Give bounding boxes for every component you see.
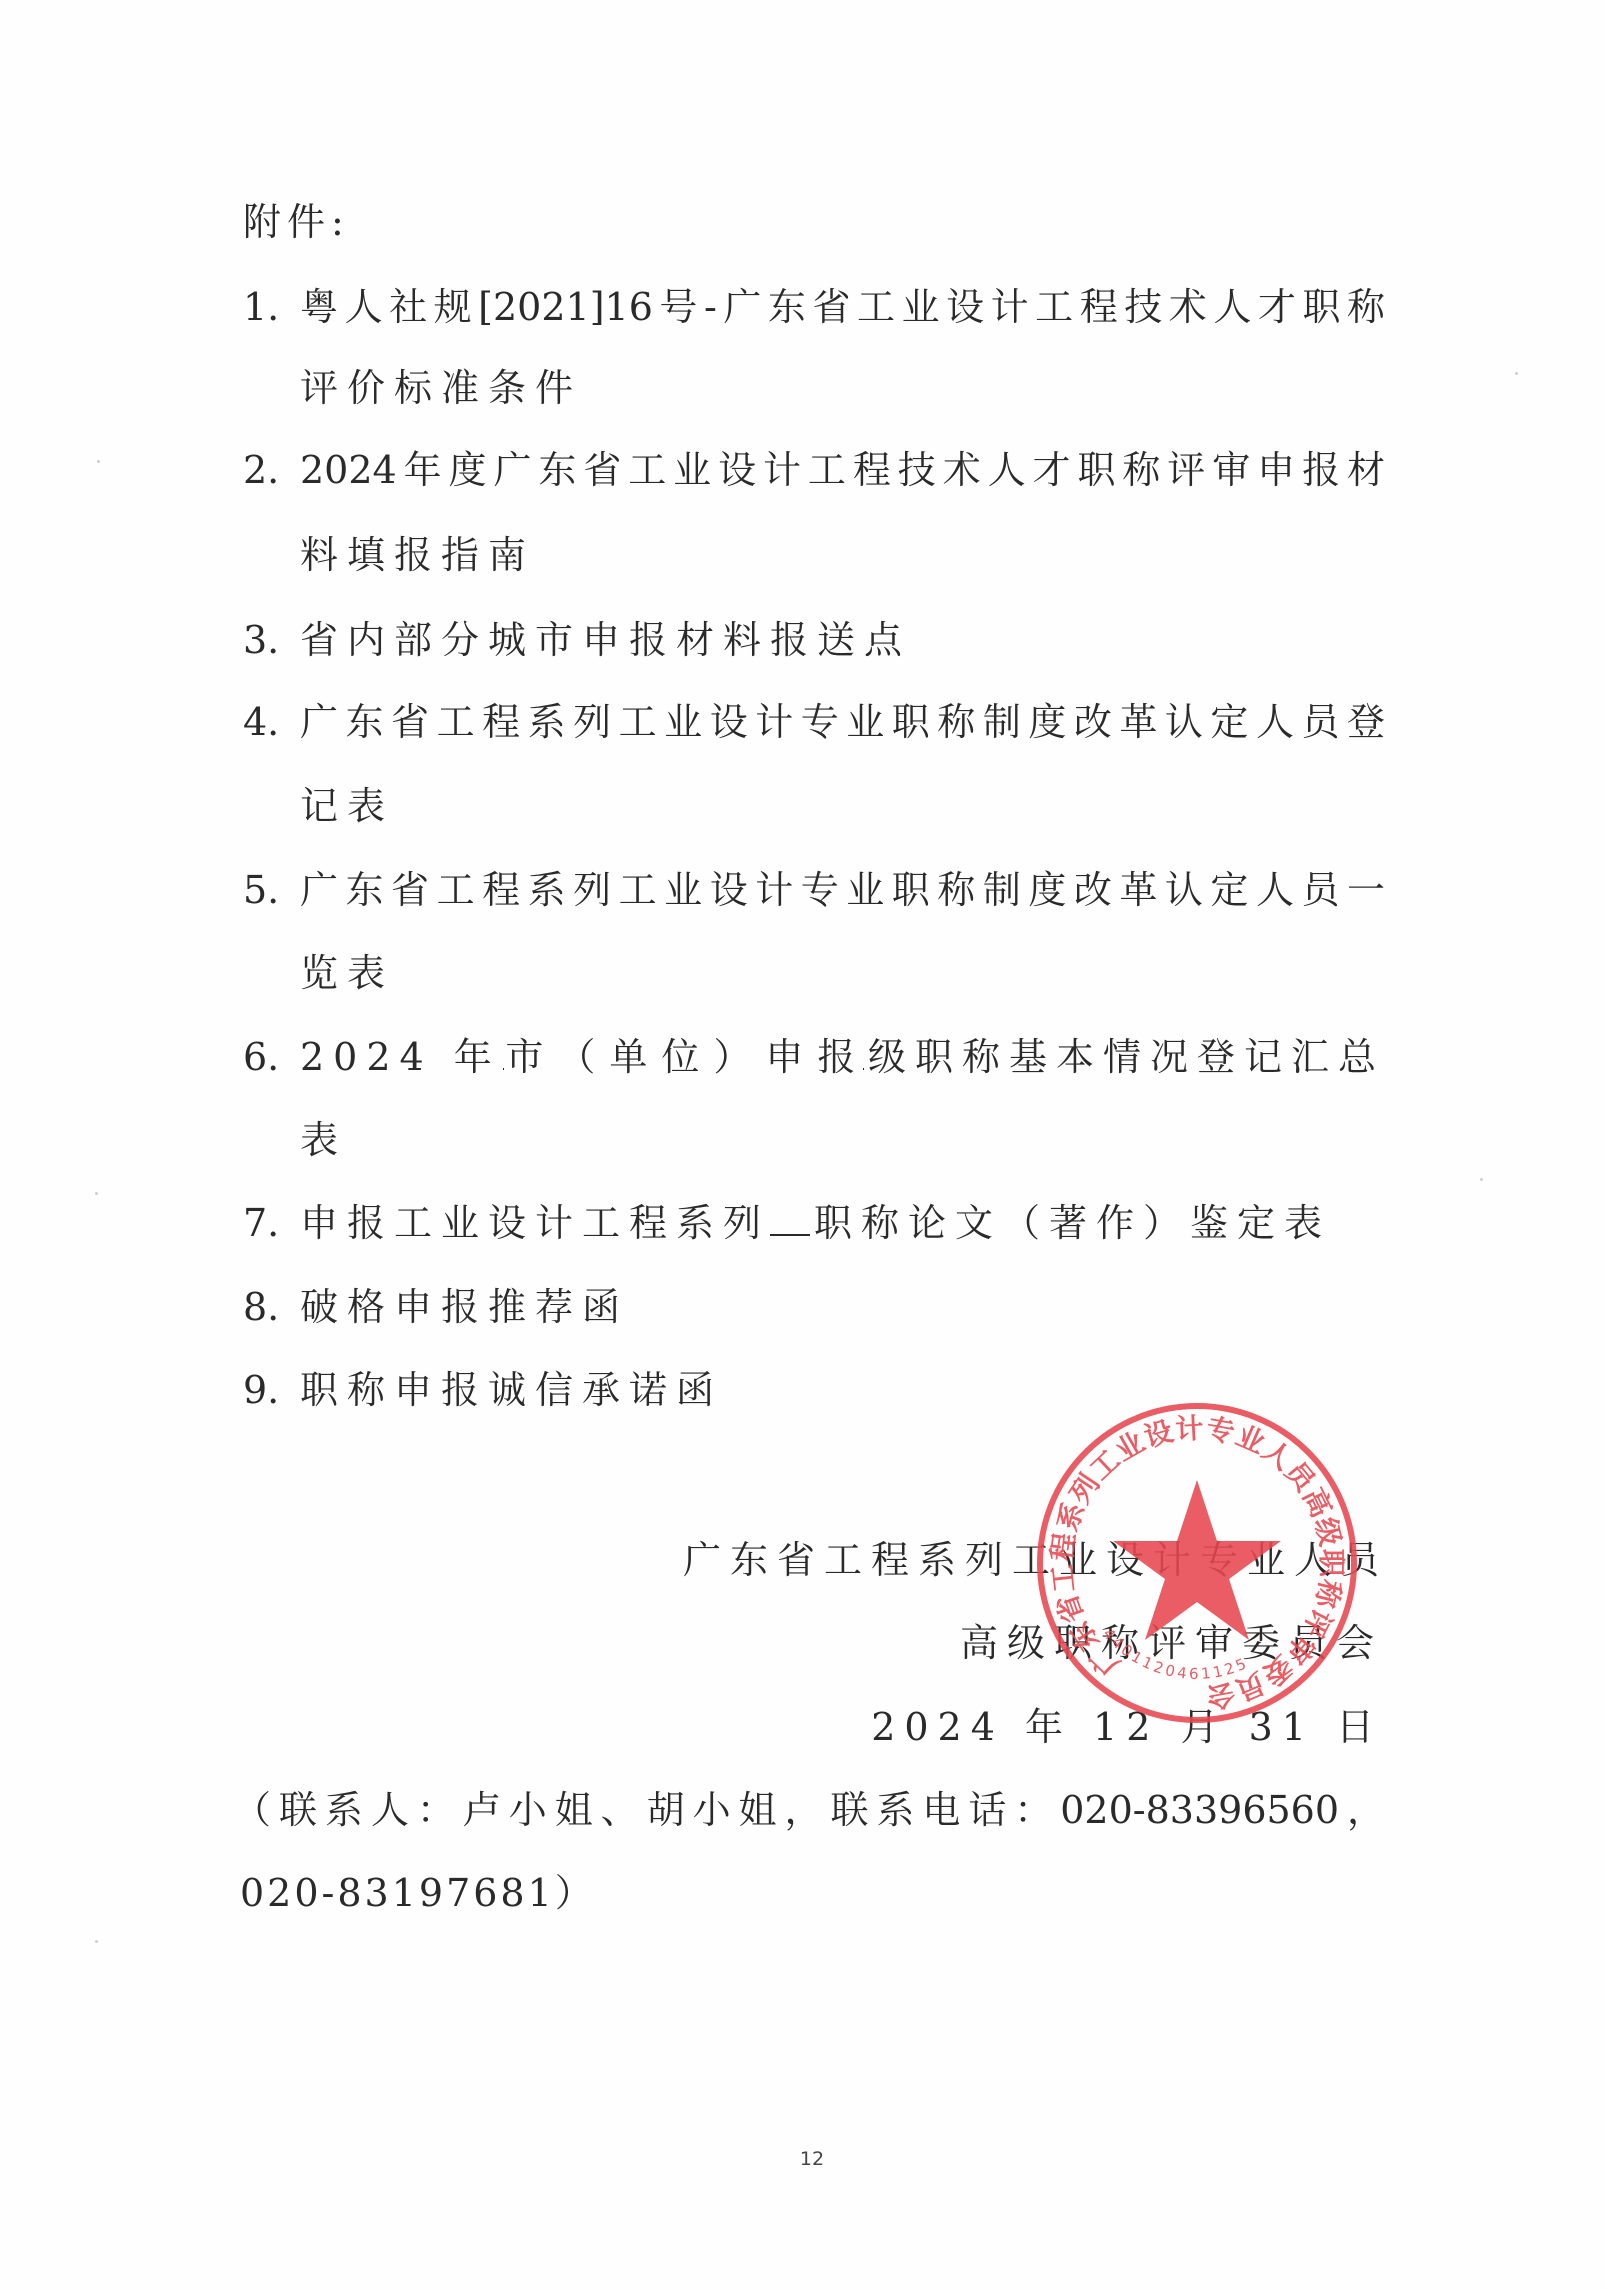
- city-blank: [503, 1034, 504, 1070]
- attachment-item-1-line-2: 评价标准条件: [300, 364, 582, 412]
- level-blank: [863, 1034, 864, 1070]
- attachment-number-8: 8.: [243, 1283, 279, 1331]
- attachment-number-4: 4.: [243, 698, 279, 746]
- scan-speck: [95, 1940, 98, 1943]
- scan-speck: [1515, 372, 1518, 375]
- series-level-blank: [770, 1200, 810, 1236]
- attachment-item-6-line-1: 2024 年 市（单位）申报 级职称基本情况登记汇总: [300, 1033, 1385, 1081]
- attachment-item-2-line-2: 料填报指南: [300, 531, 535, 579]
- document-page: 附件: 1. 粤人社规[2021]16号-广东省工业设计工程技术人才职称 评价标…: [0, 0, 1606, 2290]
- attachment-number-5: 5.: [243, 866, 279, 914]
- attachment-number-1: 1.: [243, 283, 279, 331]
- scan-speck: [97, 460, 100, 463]
- attachment-item-7: 申报工业设计工程系列 职称论文（著作）鉴定表: [300, 1199, 1331, 1247]
- attachment-number-3: 3.: [243, 616, 279, 664]
- signature-org-line-2: 高级职称评审委员会: [683, 1619, 1383, 1667]
- item-6-city-unit: 市（单位）申报: [505, 1033, 869, 1081]
- item-6-tail: 级职称基本情况登记汇总: [868, 1033, 1385, 1081]
- page-number: 12: [790, 2148, 834, 2170]
- attachment-item-4-line-2: 记表: [300, 782, 394, 830]
- attachment-item-4-line-1: 广东省工程系列工业设计专业职称制度改革认定人员登: [300, 698, 1385, 746]
- contact-line-1: （联系人：卢小姐、胡小姐，联系电话：020-83396560，: [233, 1786, 1385, 1834]
- signature-date: 2024 年 12 月 31 日: [683, 1703, 1383, 1751]
- attachment-number-2: 2.: [243, 446, 279, 494]
- scan-speck: [95, 1192, 98, 1195]
- attachment-item-8: 破格申报推荐函: [300, 1283, 629, 1331]
- attachment-number-7: 7.: [243, 1199, 279, 1247]
- attachment-item-9: 职称申报诚信承诺函: [300, 1366, 723, 1414]
- attachment-item-5-line-1: 广东省工程系列工业设计专业职称制度改革认定人员一: [300, 866, 1385, 914]
- attachment-item-3: 省内部分城市申报材料报送点: [300, 616, 911, 664]
- attachment-item-6-line-2: 表: [300, 1116, 338, 1164]
- attachment-item-1-line-1: 粤人社规[2021]16号-广东省工业设计工程技术人才职称: [300, 283, 1385, 331]
- signature-org-line-1: 广东省工程系列工业设计专业人员: [683, 1536, 1383, 1584]
- attachment-number-9: 9.: [243, 1366, 279, 1414]
- scan-speck: [1480, 1178, 1483, 1181]
- attachments-heading: 附件:: [243, 198, 350, 246]
- item-6-year: 2024 年: [300, 1033, 501, 1081]
- attachment-item-2-line-1: 2024年度广东省工业设计工程技术人才职称评审申报材: [300, 446, 1385, 494]
- item-7-tail: 职称论文（著作）鉴定表: [814, 1199, 1331, 1247]
- item-7-head: 申报工业设计工程系列: [300, 1199, 770, 1247]
- contact-line-2: 020-83197681）: [240, 1869, 596, 1917]
- attachment-number-6: 6.: [243, 1033, 279, 1081]
- attachment-item-5-line-2: 览表: [300, 949, 394, 997]
